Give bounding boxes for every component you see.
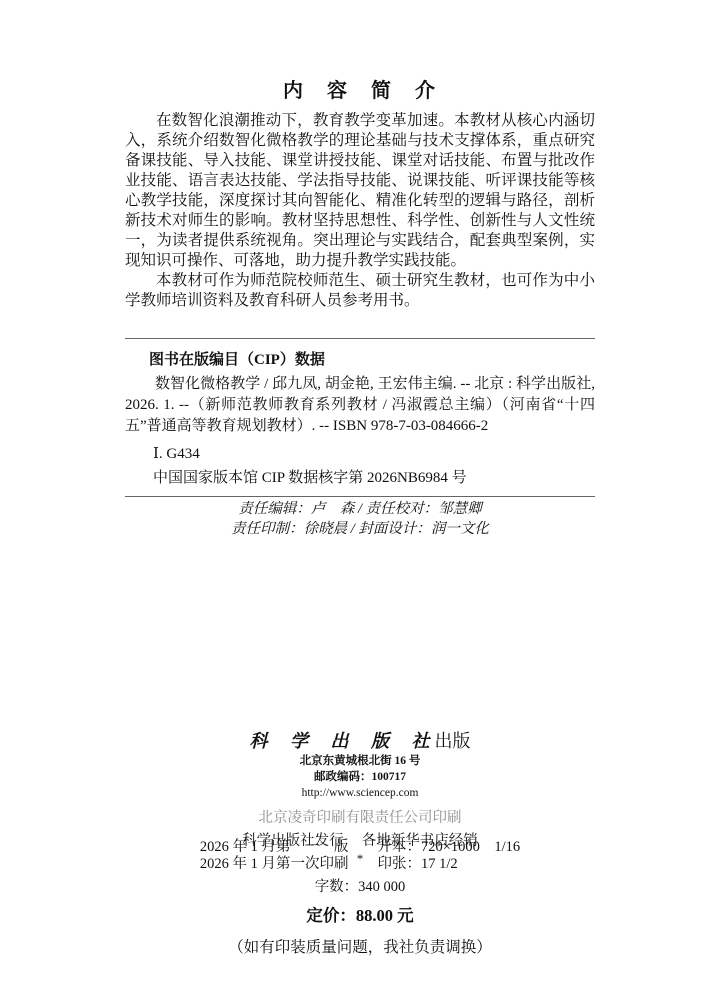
press-suffix: 出版: [435, 731, 471, 751]
word-count-line: 字数：340 000: [0, 875, 720, 896]
printer-line: 北京凌奇印刷有限责任公司印刷: [0, 806, 720, 827]
printing-line: 2026 年 1 月第一次印刷 印张：17 1/2: [200, 856, 520, 873]
price-line: 定价：88.00 元: [0, 902, 720, 926]
colophon-section: 2026 年 1 月第 一 版 开本：720×1000 1/16 2026 年 …: [0, 839, 720, 957]
cip-top-rule: [125, 338, 595, 339]
credits-line-printer: 责任印制：徐晓晨 / 封面设计：润一文化: [0, 519, 720, 539]
edition-line: 2026 年 1 月第 一 版 开本：720×1000 1/16: [200, 839, 520, 856]
quality-notice: （如有印装质量问题，我社负责调换）: [0, 935, 720, 957]
content-summary-title: 内 容 简 介: [0, 74, 720, 103]
press-postcode: 邮政编码：100717: [0, 769, 720, 785]
credits-line-editor: 责任编辑：卢 森 / 责任校对：邹慧卿: [0, 499, 720, 519]
cip-record: 数智化微格教学 / 邱九凤, 胡金艳, 王宏伟主编. -- 北京 : 科学出版社…: [125, 374, 595, 437]
press-address: 北京东黄城根北街 16 号: [0, 753, 720, 769]
press-name-logotype: 科 学 出 版 社: [250, 731, 439, 751]
press-imprint-line: 科 学 出 版 社出版: [0, 727, 720, 753]
intro-paragraph-2: 本教材可作为师范院校师范生、硕士研究生教材，也可作为中小学教师培训资料及教育科研…: [125, 271, 595, 311]
cip-archive-number: 中国国家版本馆 CIP 数据核字第 2026NB6984 号: [125, 466, 595, 487]
intro-paragraph-1: 在数智化浪潮推动下，教育教学变革加速。本教材从核心内涵切入，系统介绍数智化微格教…: [125, 111, 595, 271]
intro-section: 在数智化浪潮推动下，教育教学变革加速。本教材从核心内涵切入，系统介绍数智化微格教…: [125, 111, 595, 311]
press-website: http://www.sciencep.com: [0, 785, 720, 801]
cip-bottom-rule: [125, 496, 595, 497]
book-copyright-page: 内 容 简 介 在数智化浪潮推动下，教育教学变革加速。本教材从核心内涵切入，系统…: [0, 0, 720, 1000]
cip-class-code: Ⅰ. G434: [125, 444, 595, 463]
cip-section: 图书在版编目（CIP）数据 数智化微格教学 / 邱九凤, 胡金艳, 王宏伟主编.…: [125, 338, 595, 497]
cip-heading: 图书在版编目（CIP）数据: [125, 348, 595, 369]
edition-printing-block: 2026 年 1 月第 一 版 开本：720×1000 1/16 2026 年 …: [200, 839, 520, 873]
staff-credits: 责任编辑：卢 森 / 责任校对：邹慧卿 责任印制：徐晓晨 / 封面设计：润一文化: [0, 499, 720, 539]
